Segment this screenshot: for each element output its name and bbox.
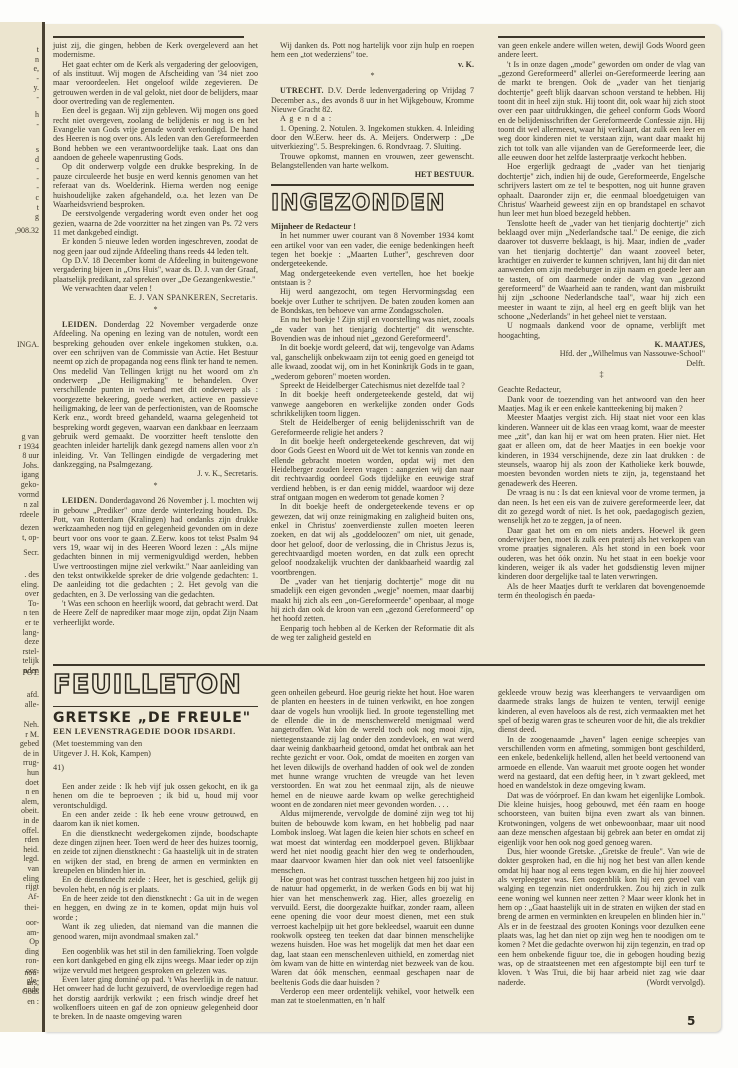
paragraph: gekleede vrouw bezig was kleerhangers te… [498, 688, 705, 735]
signature-jvk: J. v. K., Secretaris. [53, 469, 258, 478]
top-rule [498, 36, 705, 38]
paragraph: Mag ondergeteekende even vertellen, hoe … [271, 269, 474, 288]
paragraph: Stelt de Heidelberger of eenig belijdeni… [271, 418, 474, 437]
ingezonden-letter-1-part-1: Mijnheer de Redacteur ! In het nummer uw… [271, 222, 474, 642]
paragraph: Een ander zeide : Ik heb vijf juk ossen … [53, 782, 258, 810]
previous-page-text-fragment: n zal rdeele [19, 500, 39, 519]
paragraph: geen onheilen gebeurd. Hoe geurig riekte… [271, 688, 474, 809]
paragraph: In het nummer uwer courant van 8 Novembe… [271, 231, 474, 268]
paragraph: Even later ging dominé op pad. 't Was he… [53, 975, 258, 1022]
paragraph: En een ander zeide : Ik heb eene vrouw g… [53, 810, 258, 829]
chapter-number: 41) [53, 763, 258, 773]
paragraph: Als de heer Maatjes durft te verklaren d… [498, 582, 705, 601]
feuilleton-top-rule [53, 664, 705, 666]
paragraph: In dit boekje heeft de ondergeteekende t… [271, 502, 474, 577]
paragraph: van geen enkele andere willen weten, dew… [498, 41, 705, 60]
paragraph: Het gaat echter om de Kerk als vergaderi… [53, 60, 258, 107]
paragraph: En de heer zeide tot den dienstknecht : … [53, 894, 258, 922]
previous-page-text-fragment: INGA. [17, 340, 39, 350]
column-2-top: Wij danken ds. Pott nog hartelijk voor z… [271, 41, 474, 180]
separator-star: * [271, 71, 474, 80]
feuilleton-heading: FEUILLETON [53, 671, 242, 699]
paragraph: Hij werd aangezocht, om tegen Hervorming… [271, 287, 474, 315]
paragraph: En die dienstknecht wedergekomen zijnde,… [53, 829, 258, 876]
previous-page-text-fragment: afd. alle- [25, 690, 39, 709]
signature-vk: v. K. [271, 60, 474, 69]
feuilleton-column-3: gekleede vrouw bezig was kleerhangers te… [498, 688, 705, 987]
paragraph: We verwachten daar velen ! [53, 284, 258, 293]
section-rule [271, 184, 474, 186]
paragraph: In de zoogenaamde „haven" lagen eenige s… [498, 735, 705, 791]
previous-page-text-fragment: nou- urs, Gods en : [22, 968, 39, 1006]
paragraph: Dat was de vóórproef. En dan kwam het ei… [498, 791, 705, 847]
salutation-2: Geachte Redacteur, [498, 385, 705, 394]
previous-page-text-fragment: g van r 1934 8 uur Johs. igang geko- vor… [18, 432, 39, 499]
paragraph: En de dienstknecht zeide : Heer, het is … [53, 875, 258, 894]
separator-star: * [53, 305, 258, 314]
paragraph: Aldus mijmerende, vervolgde de dominé zi… [271, 809, 474, 874]
previous-page-text-fragment: h - [35, 110, 39, 129]
previous-page-text-fragment: Neh. r M. gebed de in rrug- hun doet n e… [20, 720, 39, 883]
paragraph: Dus, hier woonde Gretske. „Gretske de fr… [498, 847, 705, 987]
thanks-paragraph: Wij danken ds. Pott nog hartelijk voor z… [271, 41, 474, 60]
separator-double-dagger: ‡ [498, 370, 705, 379]
salutation: Mijnheer de Redacteur ! [271, 222, 474, 231]
feuilleton-heading-rule [53, 706, 258, 707]
paragraph: Een oogenblik was het stil in den famili… [53, 947, 258, 975]
leiden-report-2: LEIDEN. Donderdagavond 26 November j. l.… [53, 496, 258, 599]
continued-notice: (Wordt vervolgd). [498, 978, 705, 987]
story-title: GRETSKE „DE FREULE" [53, 710, 258, 726]
paragraph: Verderop een meer ordentelijk vehikel, v… [271, 987, 474, 1006]
previous-page-text-fragment: dezen t, op- [20, 523, 39, 542]
signature-title: Hfd. der „Wilhelmus van Nassouwe-School" [498, 349, 705, 358]
paragraph: Op D.V. 18 December komt de Afdeeling in… [53, 256, 258, 284]
agenda-label: A g e n d a : [271, 114, 474, 123]
permission-line-2: Uitgever J. H. Kok, Kampen) [53, 749, 258, 759]
feuilleton-title-block: GRETSKE „DE FREULE" EEN LEVENSTRAGEDIE D… [53, 710, 258, 773]
previous-page-text-fragment: POT. [22, 668, 39, 678]
paragraph: De „vader van het tienjarig dochtertje" … [271, 577, 474, 624]
feuilleton-column-2: geen onheilen gebeurd. Hoe geurig riekte… [271, 688, 474, 1006]
previous-page-text-fragment: t n e, - y. - [33, 45, 39, 103]
agenda-items: 1. Opening. 2. Notulen. 3. Ingekomen stu… [271, 124, 474, 152]
paragraph: Hoe ergerlijk gedraagt de „vader van het… [498, 162, 705, 218]
paragraph: In dit boekje heeft ondergeteekende gesc… [271, 437, 474, 502]
utrecht-notice: UTRECHT. D.V. Derde ledenvergadering op … [271, 86, 474, 114]
ingezonden-heading: INGEZONDEN [271, 192, 445, 216]
previous-page-text-fragment: ,908.32 [15, 226, 39, 236]
paragraph: juist zij, die gingen, hebben de Kerk ov… [53, 41, 258, 60]
column-1: juist zij, die gingen, hebben de Kerk ov… [53, 41, 258, 627]
paragraph: Spreekt de Heidelberger Catechismus niet… [271, 381, 474, 390]
paragraph: 't Is in onze dagen „mode" geworden om o… [498, 60, 705, 163]
previous-page-edge: t n e, - y. -h -s d - - - c t g,908.32IN… [0, 22, 45, 1032]
paragraph: Op dit onderwerp volgde een drukke bespr… [53, 162, 258, 209]
signature-bestuur: HET BESTUUR. [271, 170, 474, 179]
leiden-report-2-closing: 't Was een schoon en heerlijk woord, dat… [53, 599, 258, 627]
paragraph: En nu het boekje ! Zijn stijl en voorste… [271, 315, 474, 343]
column-3: van geen enkele andere willen weten, dew… [498, 41, 705, 600]
paragraph: Er konden 5 nieuwe leden worden ingeschr… [53, 237, 258, 256]
paragraph: Want ik zeg ulieden, dat niemand van die… [53, 922, 258, 941]
utrecht-closing: Trouwe opkomst, mannen en vrouwen, zeer … [271, 152, 474, 171]
previous-page-text-fragment: rijgt Af- [26, 882, 39, 901]
paragraph: In dit boekje heeft ondergeteekende gest… [271, 390, 474, 418]
leiden-report-1: LEIDEN. Donderdag 22 November vergaderde… [53, 320, 258, 470]
newspaper-page: juist zij, die gingen, hebben de Kerk ov… [45, 24, 721, 1032]
paragraph: Daar gaat het om en om niets anders. Hoe… [498, 526, 705, 582]
paragraph: Meester Maatjes vergist zich. Hij staat … [498, 413, 705, 488]
paragraph: Eenparig toch hebben al de Kerken der Re… [271, 624, 474, 643]
previous-page-text-fragment: . des eling. over To- n ten er te lang- … [21, 570, 39, 676]
previous-page-text-fragment: Secr. [23, 548, 39, 558]
paragraph: Hoe groot was het contrast tusschen hetg… [271, 875, 474, 987]
signature-maatjes: K. MAATJES, [498, 340, 705, 349]
paragraph: In dit boekje wordt geleerd, dat wij, te… [271, 343, 474, 380]
signature-spankeren: E. J. VAN SPANKEREN, Secretaris. [53, 293, 258, 302]
paragraph: Tenslotte heeft de „vader van het tienja… [498, 219, 705, 322]
feuilleton-column-1: Een ander zeide : Ik heb vijf juk ossen … [53, 782, 258, 1022]
story-subtitle: EEN LEVENSTRAGEDIE DOOR IDSARDI. [53, 726, 258, 736]
permission-line-1: (Met toestemming van den [53, 739, 258, 749]
paragraph: De eerstvolgende vergadering wordt even … [53, 209, 258, 237]
top-rule [53, 36, 244, 38]
previous-page-text-fragment: thei- [24, 903, 39, 913]
paragraph: Een deel is gegaan. Wij zijn gebleven. W… [53, 106, 258, 162]
paragraph: Dank voor de toezending van het antwoord… [498, 395, 705, 414]
paragraph: De vraag is nu : Is dat een knieval voor… [498, 488, 705, 525]
paragraph: U nogmaals dankend voor de opname, verbl… [498, 321, 705, 340]
previous-page-text-fragment: s d - - - c t g [35, 145, 39, 222]
signature-city: Delft. [498, 359, 705, 368]
separator-star: * [53, 481, 258, 490]
page-number: 5 [687, 1014, 695, 1028]
